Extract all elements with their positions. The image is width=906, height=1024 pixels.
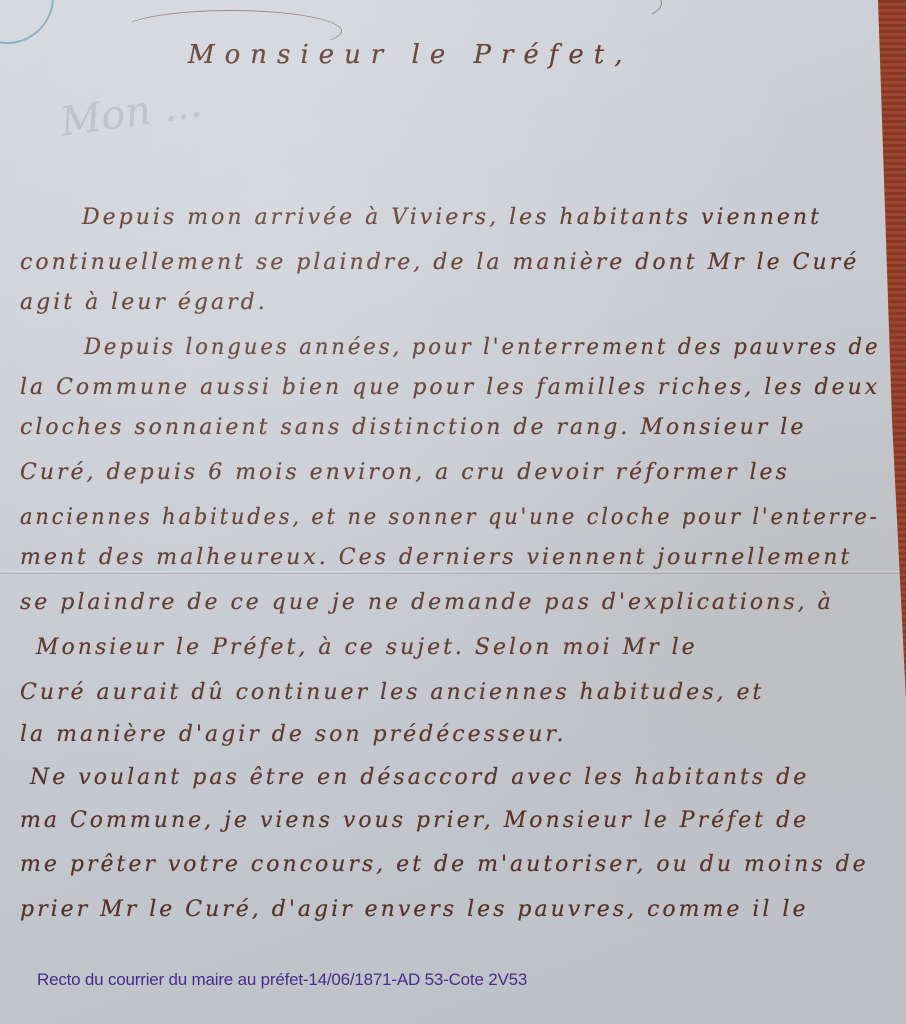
letter-line-11: Monsieur le Préfet, à ce sujet. Selon mo…: [36, 635, 698, 660]
letter-line-3: agit à leur égard.: [20, 290, 268, 315]
flourish: [120, 10, 342, 52]
letter-line-7: Curé, depuis 6 mois environ, a cru devoi…: [20, 460, 790, 485]
letter-salutation: Monsieur le Préfet,: [188, 40, 633, 70]
letter-line-10: se plaindre de ce que je ne demande pas …: [20, 590, 834, 615]
archive-stamp: 14...: [0, 0, 54, 44]
show-through-writing: Mon ...: [57, 80, 204, 145]
letter-line-16: me prêter votre concours, et de m'autori…: [20, 852, 869, 877]
letter-paper: 14... Mon ... Monsieur le Préfet, Depuis…: [0, 0, 906, 1024]
flourish: [540, 0, 662, 24]
letter-line-14: Ne voulant pas être en désaccord avec le…: [30, 765, 809, 790]
archive-caption: Recto du courrier du maire au préfet-14/…: [37, 970, 527, 990]
letter-line-17: prier Mr le Curé, d'agir envers les pauv…: [20, 897, 808, 922]
letter-line-12: Curé aurait dû continuer les anciennes h…: [20, 680, 764, 705]
letter-line-9: ment des malheureux. Ces derniers vienne…: [20, 545, 852, 570]
letter-line-1: Depuis mon arrivée à Viviers, les habita…: [82, 205, 822, 230]
letter-line-8: anciennes habitudes, et ne sonner qu'une…: [20, 505, 880, 530]
letter-line-5: la Commune aussi bien que pour les famil…: [20, 375, 880, 400]
letter-line-2: continuellement se plaindre, de la maniè…: [20, 250, 859, 275]
letter-line-13: la manière d'agir de son prédécesseur.: [20, 722, 566, 747]
letter-line-4: Depuis longues années, pour l'enterremen…: [84, 335, 880, 360]
paper-fold-crease: [0, 571, 906, 574]
letter-line-6: cloches sonnaient sans distinction de ra…: [20, 415, 806, 440]
document-photo: 14... Mon ... Monsieur le Préfet, Depuis…: [0, 0, 906, 1024]
letter-line-15: ma Commune, je viens vous prier, Monsieu…: [20, 808, 809, 833]
